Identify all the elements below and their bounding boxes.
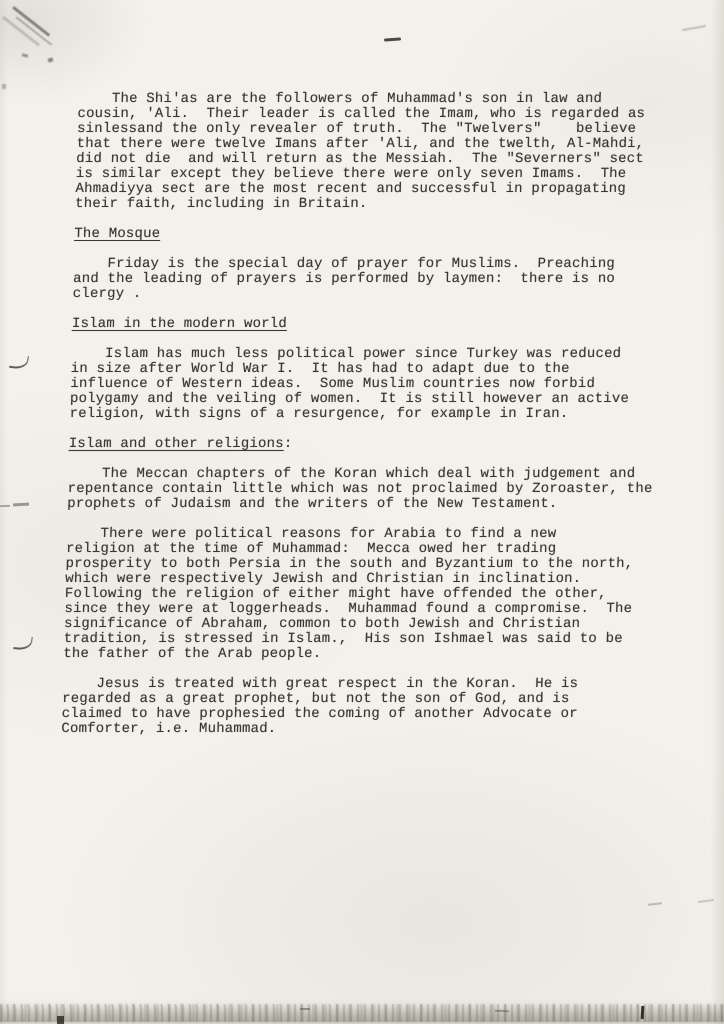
typed-text-block: The Shi'as are the followers of Muhammad… [61, 92, 698, 752]
heading-text: Islam and other religions [69, 436, 284, 452]
section-intro: The Shi'as are the followers of Muhammad… [75, 92, 698, 212]
paragraph: The Meccan chapters of the Koran which d… [67, 467, 688, 512]
scanned-document-page: The Shi'as are the followers of Muhammad… [0, 0, 724, 1024]
section-heading: Islam in the modern world [72, 317, 692, 332]
pencil-smudge-icon [2, 84, 6, 89]
pencil-smudge-icon [12, 6, 50, 37]
scan-corner-mark [57, 1016, 64, 1024]
margin-hook-mark [9, 354, 29, 370]
section-the-mosque: The Mosque Friday is the special day of … [73, 227, 695, 302]
scan-speck-mark [698, 899, 714, 903]
paragraph: The Shi'as are the followers of Muhammad… [75, 92, 698, 212]
section-islam-other-religions: Islam and other religions: The Meccan ch… [61, 437, 689, 737]
scan-tick-mark [641, 1006, 645, 1019]
pencil-smudge-icon [22, 53, 29, 57]
section-heading: The Mosque [74, 227, 694, 242]
scan-noise-band [0, 1004, 724, 1022]
scan-speck-mark [648, 902, 662, 905]
scan-streak-mark [682, 25, 706, 31]
scan-speck-mark [495, 1010, 509, 1012]
margin-dash-mark [13, 503, 29, 506]
section-heading: Islam and other religions: [69, 437, 689, 452]
heading-text: The Mosque [74, 226, 160, 242]
margin-dash-mark [0, 505, 10, 507]
heading-text: Islam in the modern world [72, 316, 287, 332]
pencil-smudge-icon [47, 57, 53, 62]
paragraph: Islam has much less political power sinc… [69, 347, 691, 422]
paragraph: Jesus is treated with great respect in t… [61, 677, 683, 737]
paragraph: There were political reasons for Arabia … [63, 527, 687, 662]
ink-dash-mark [384, 37, 401, 41]
margin-hook-mark [13, 635, 32, 651]
heading-suffix: : [284, 436, 293, 452]
paragraph: Friday is the special day of prayer for … [73, 257, 694, 302]
section-islam-modern-world: Islam in the modern world Islam has much… [69, 317, 692, 422]
scan-speck-mark [300, 1008, 310, 1010]
